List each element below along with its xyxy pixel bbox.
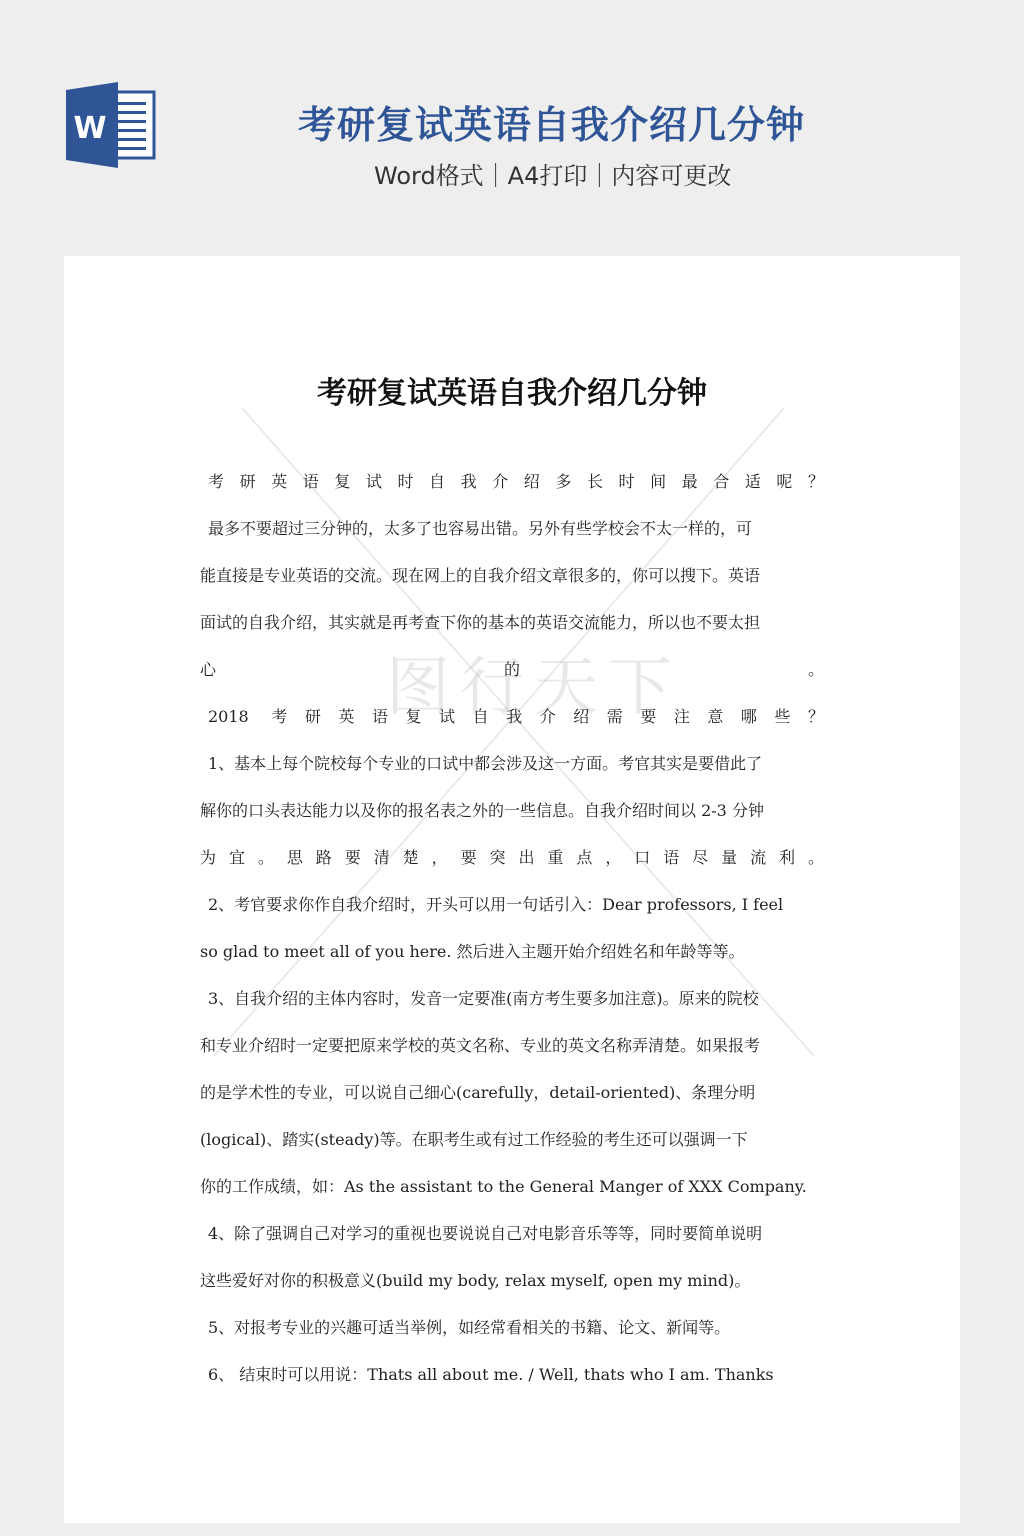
paragraph-line: 面试的自我介绍，其实就是再考查下你的基本的英语交流能力，所以也不要太担: [200, 599, 824, 646]
paragraph-line: 最多不要超过三分钟的，太多了也容易出错。另外有些学校会不太一样的，可: [200, 505, 824, 552]
paragraph-line: (logical)、踏实(steady)等。在职考生或有过工作经验的考生还可以强…: [200, 1116, 824, 1163]
paragraph-line: 的是学术性的专业，可以说自己细心(carefully，detail-orient…: [200, 1069, 824, 1116]
paragraph-line: 2、考官要求你作自我介绍时，开头可以用一句话引入：Dear professors…: [200, 881, 824, 928]
paragraph-line: 3、自我介绍的主体内容时，发音一定要准(南方考生要多加注意)。原来的院校: [200, 975, 824, 1022]
paragraph-line: 1、基本上每个院校每个专业的口试中都会涉及这一方面。考官其实是要借此了: [200, 740, 824, 787]
header-title: 考研复试英语自我介绍几分钟: [298, 94, 805, 149]
paragraph-line: 你的工作成绩，如：As the assistant to the General…: [200, 1163, 824, 1210]
paragraph-line: 这些爱好对你的积极意义(build my body, relax myself,…: [200, 1257, 824, 1304]
paragraph-line: 心 的 。: [200, 646, 824, 693]
document-body: 考研英语复试时自我介绍多长时间最合适呢？ 最多不要超过三分钟的，太多了也容易出错…: [200, 458, 824, 1398]
header-banner: W 考研复试英语自我介绍几分钟 Word格式｜A4打印｜内容可更改: [0, 0, 1024, 256]
paragraph-line: 能直接是专业英语的交流。现在网上的自我介绍文章很多的，你可以搜下。英语: [200, 552, 824, 599]
paragraph-line: 为宜。思路要清楚，要突出重点，口语尽量流利。: [200, 834, 824, 881]
paragraph-line: 5、对报考专业的兴趣可适当举例，如经常看相关的书籍、论文、新闻等。: [200, 1304, 824, 1351]
document-title: 考研复试英语自我介绍几分钟: [64, 368, 960, 412]
paragraph-line: so glad to meet all of you here. 然后进入主题开…: [200, 928, 824, 975]
word-document-icon: W: [66, 82, 156, 168]
svg-text:W: W: [73, 111, 106, 146]
header-subtitle: Word格式｜A4打印｜内容可更改: [374, 156, 731, 191]
paragraph-line: 6、 结束时可以用说：Thats all about me. / Well, t…: [200, 1351, 824, 1398]
paragraph-line: 和专业介绍时一定要把原来学校的英文名称、专业的英文名称弄清楚。如果报考: [200, 1022, 824, 1069]
paragraph-line: 考研英语复试时自我介绍多长时间最合适呢？: [200, 458, 824, 505]
paragraph-line: 4、除了强调自己对学习的重视也要说说自己对电影音乐等等，同时要简单说明: [200, 1210, 824, 1257]
paragraph-line: 2018 考研英语复试自我介绍需要注意哪些？: [200, 693, 824, 740]
paragraph-line: 解你的口头表达能力以及你的报名表之外的一些信息。自我介绍时间以 2-3 分钟: [200, 787, 824, 834]
document-page: 图行天下 考研复试英语自我介绍几分钟 考研英语复试时自我介绍多长时间最合适呢？ …: [64, 256, 960, 1523]
